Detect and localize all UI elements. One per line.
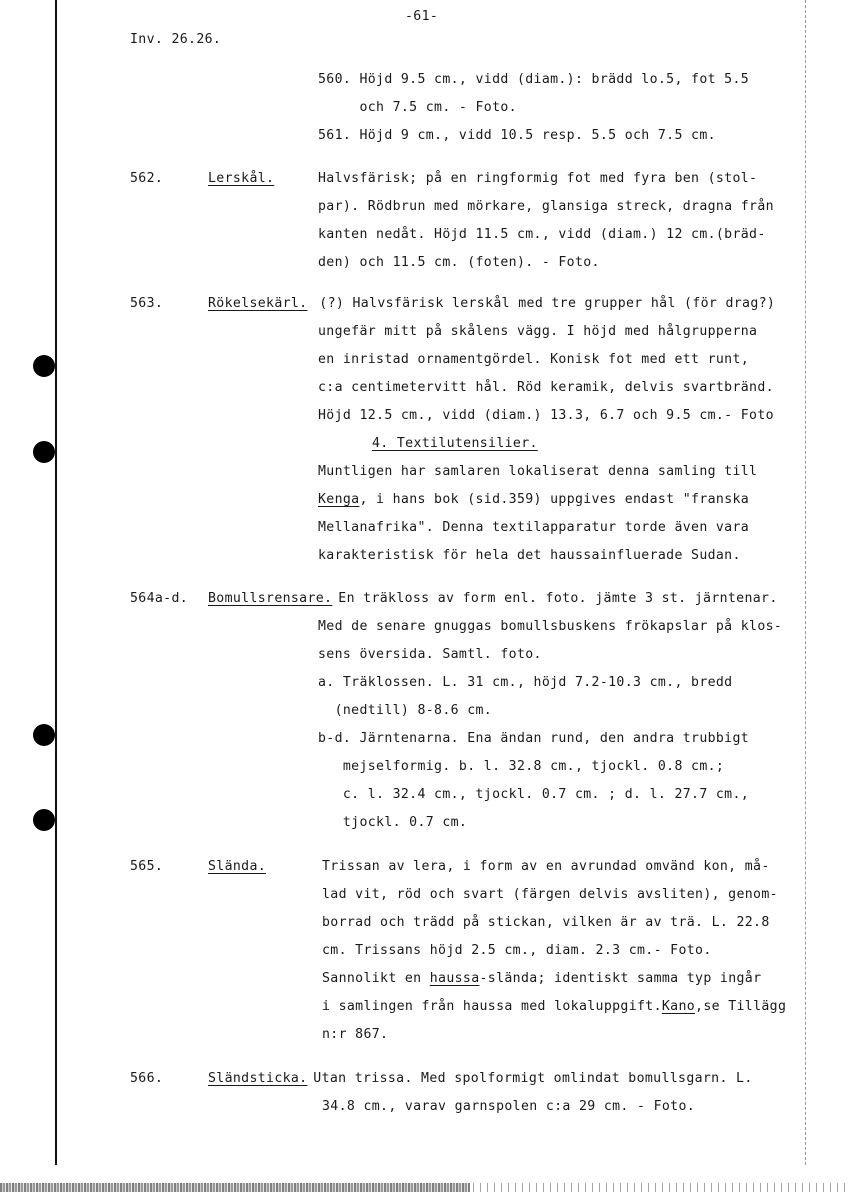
entry-560-line: och 7.5 cm. - Foto. (318, 94, 517, 123)
entry-564-line: mejselformig. b. l. 32.8 cm., tjockl. 0.… (318, 753, 724, 782)
left-margin-line (55, 0, 57, 1165)
entry-564-line: b-d. Järntenarna. Ena ändan rund, den an… (318, 725, 749, 754)
entry-562-line: kanten nedåt. Höjd 11.5 cm., vidd (diam.… (318, 221, 766, 250)
entry-565-line: Trissan av lera, i form av en avrundad o… (322, 853, 770, 882)
entry-565-line: cm. Trissans höjd 2.5 cm., diam. 2.3 cm.… (322, 937, 712, 966)
punch-hole-icon (33, 355, 55, 377)
entry-563-line: Höjd 12.5 cm., vidd (diam.) 13.3, 6.7 oc… (318, 402, 774, 431)
punch-hole-icon (33, 441, 55, 463)
entry-564-line: (nedtill) 8-8.6 cm. (318, 697, 492, 726)
entry-564-line: En träkloss av form enl. foto. jämte 3 s… (330, 585, 778, 614)
entry-title: Bomullsrensare. (208, 585, 332, 614)
underlined-term: haussa (430, 971, 480, 986)
entry-564-line: tjockl. 0.7 cm. (318, 809, 467, 838)
punch-hole-icon (33, 724, 55, 746)
entry-562-line: par). Rödbrun med mörkare, glansiga stre… (318, 193, 774, 222)
page-number: -61- (405, 3, 438, 32)
entry-title: Rökelsekärl. (208, 290, 307, 319)
entry-title: Slända. (208, 853, 266, 882)
inventory-number: Inv. 26.26. (130, 26, 221, 55)
section-intro-line: Kenga, i hans bok (sid.359) uppgives end… (318, 486, 749, 515)
scan-noise-strip (0, 1183, 850, 1192)
entry-562-line: den) och 11.5 cm. (foten). - Foto. (318, 249, 600, 278)
entry-563-line: (?) Halvsfärisk lerskål med tre grupper … (311, 290, 775, 319)
entry-563-line: c:a centimetervitt hål. Röd keramik, del… (318, 374, 774, 403)
entry-562-line: Halvsfärisk; på en ringformig fot med fy… (318, 165, 757, 194)
entry-560-line: 560. Höjd 9.5 cm., vidd (diam.): brädd l… (318, 66, 749, 95)
entry-564-line: a. Träklossen. L. 31 cm., höjd 7.2-10.3 … (318, 669, 732, 698)
underlined-place: Kenga (318, 492, 359, 507)
underlined-place: Kano (662, 999, 695, 1014)
entry-number: 563. (130, 290, 163, 319)
section-intro-line: Mellanafrika". Denna textilapparatur tor… (318, 514, 749, 543)
entry-565-line: borrad och trädd på stickan, vilken är a… (322, 909, 770, 938)
entry-565-line: i samlingen från haussa med lokaluppgift… (322, 993, 786, 1022)
entry-561-line: 561. Höjd 9 cm., vidd 10.5 resp. 5.5 och… (318, 122, 716, 151)
section-intro-line: Muntligen har samlaren lokaliserat denna… (318, 458, 757, 487)
section-intro-line: karakteristisk för hela det haussainflue… (318, 542, 741, 571)
entry-number: 564a-d. (130, 585, 188, 614)
entry-number: 562. (130, 165, 163, 194)
scanned-document-page: -61- Inv. 26.26. 560. Höjd 9.5 cm., vidd… (0, 0, 863, 1200)
entry-title: Sländsticka. (208, 1065, 307, 1094)
section-heading: 4. Textilutensilier. (372, 430, 538, 459)
entry-565-line: n:r 867. (322, 1021, 388, 1050)
entry-number: 565. (130, 853, 163, 882)
punch-hole-icon (33, 809, 55, 831)
entry-565-line: lad vit, röd och svart (färgen delvis av… (322, 881, 778, 910)
right-page-edge (805, 0, 806, 1165)
entry-566-line: Utan trissa. Med spolformigt omlindat bo… (305, 1065, 753, 1094)
entry-number: 566. (130, 1065, 163, 1094)
entry-566-line: 34.8 cm., varav garnspolen c:a 29 cm. - … (322, 1093, 695, 1122)
entry-563-line: en inristad ornamentgördel. Konisk fot m… (318, 346, 749, 375)
entry-563-line: ungefär mitt på skålens vägg. I höjd med… (318, 318, 757, 347)
entry-title: Lerskål. (208, 165, 274, 194)
entry-565-line: Sannolikt en haussa-slända; identiskt sa… (322, 965, 761, 994)
entry-564-line: Med de senare gnuggas bomullsbuskens frö… (318, 613, 782, 642)
entry-564-line: c. l. 32.4 cm., tjockl. 0.7 cm. ; d. l. … (318, 781, 749, 810)
entry-564-line: sens översida. Samtl. foto. (318, 641, 542, 670)
